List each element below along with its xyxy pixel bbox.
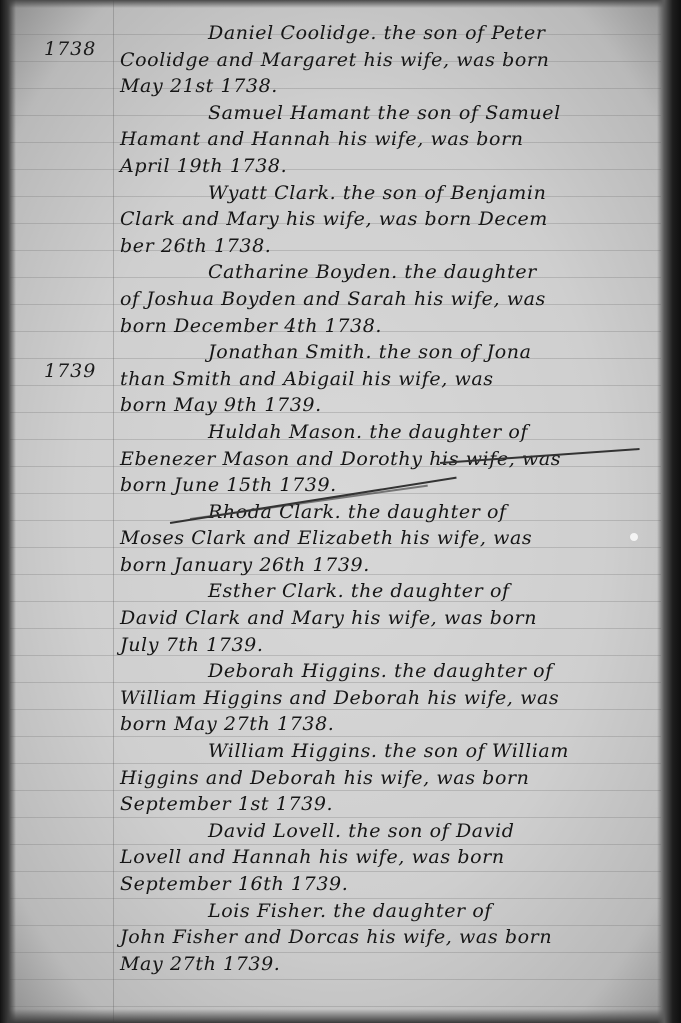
entry-line: September 1st 1739. <box>120 791 650 818</box>
entry-william-higgins: William Higgins. the son of William Higg… <box>120 738 650 818</box>
entry-line: May 27th 1739. <box>120 951 650 978</box>
year-label-1739: 1739 <box>44 360 96 382</box>
entry-line: Clark and Mary his wife, was born Decem <box>120 206 650 233</box>
entry-line: Rhoda Clark. the daughter of <box>120 499 650 526</box>
entry-line: David Lovell. the son of David <box>120 818 650 845</box>
birth-entries: Daniel Coolidge. the son of Peter Coolid… <box>120 20 650 977</box>
entry-david-lovell: David Lovell. the son of David Lovell an… <box>120 818 650 898</box>
entry-line: Samuel Hamant the son of Samuel <box>120 100 650 127</box>
year-label-1738: 1738 <box>44 38 96 60</box>
entry-line: William Higgins and Deborah his wife, wa… <box>120 685 650 712</box>
entry-line: born January 26th 1739. <box>120 552 650 579</box>
entry-huldah-mason: Huldah Mason. the daughter of Ebenezer M… <box>120 419 650 499</box>
page-edge-left <box>0 0 16 1023</box>
entry-line: Daniel Coolidge. the son of Peter <box>120 20 650 47</box>
entry-line: of Joshua Boyden and Sarah his wife, was <box>120 286 650 313</box>
page-edge-right <box>657 0 681 1023</box>
register-page: 1738 1739 Daniel Coolidge. the son of Pe… <box>0 0 681 1023</box>
entry-line: September 16th 1739. <box>120 871 650 898</box>
entry-deborah-higgins: Deborah Higgins. the daughter of William… <box>120 658 650 738</box>
entry-wyatt-clark: Wyatt Clark. the son of Benjamin Clark a… <box>120 180 650 260</box>
entry-line: William Higgins. the son of William <box>120 738 650 765</box>
entry-line: Coolidge and Margaret his wife, was born <box>120 47 650 74</box>
entry-line: Lovell and Hannah his wife, was born <box>120 844 650 871</box>
entry-line: ber 26th 1738. <box>120 233 650 260</box>
entry-line: July 7th 1739. <box>120 632 650 659</box>
entry-line: April 19th 1738. <box>120 153 650 180</box>
entry-catharine-boyden: Catharine Boyden. the daughter of Joshua… <box>120 259 650 339</box>
entry-line: Hamant and Hannah his wife, was born <box>120 126 650 153</box>
entry-line: born May 27th 1738. <box>120 711 650 738</box>
entry-line: Moses Clark and Elizabeth his wife, was <box>120 525 650 552</box>
entry-line: John Fisher and Dorcas his wife, was bor… <box>120 924 650 951</box>
entry-line: than Smith and Abigail his wife, was <box>120 366 650 393</box>
paper-blemish <box>630 533 638 541</box>
entry-rhoda-clark: Rhoda Clark. the daughter of Moses Clark… <box>120 499 650 579</box>
entry-line: Ebenezer Mason and Dorothy his wife, was <box>120 446 650 473</box>
entry-line: Deborah Higgins. the daughter of <box>120 658 650 685</box>
entry-line: born May 9th 1739. <box>120 392 650 419</box>
entry-line: Catharine Boyden. the daughter <box>120 259 650 286</box>
entry-line: Jonathan Smith. the son of Jona <box>120 339 650 366</box>
entry-daniel-coolidge: Daniel Coolidge. the son of Peter Coolid… <box>120 20 650 100</box>
entry-lois-fisher: Lois Fisher. the daughter of John Fisher… <box>120 898 650 978</box>
entry-line: David Clark and Mary his wife, was born <box>120 605 650 632</box>
entry-line: Lois Fisher. the daughter of <box>120 898 650 925</box>
entry-line: Wyatt Clark. the son of Benjamin <box>120 180 650 207</box>
entry-line: born June 15th 1739. <box>120 472 650 499</box>
entry-line: Higgins and Deborah his wife, was born <box>120 765 650 792</box>
page-edge-top <box>0 0 681 8</box>
margin-rule <box>113 0 114 1023</box>
page-edge-bottom <box>0 1009 681 1023</box>
entry-line: born December 4th 1738. <box>120 313 650 340</box>
entry-line: Esther Clark. the daughter of <box>120 578 650 605</box>
entry-esther-clark: Esther Clark. the daughter of David Clar… <box>120 578 650 658</box>
entry-line: May 21st 1738. <box>120 73 650 100</box>
entry-jonathan-smith: Jonathan Smith. the son of Jona than Smi… <box>120 339 650 419</box>
entry-line: Huldah Mason. the daughter of <box>120 419 650 446</box>
entry-samuel-hamant: Samuel Hamant the son of Samuel Hamant a… <box>120 100 650 180</box>
